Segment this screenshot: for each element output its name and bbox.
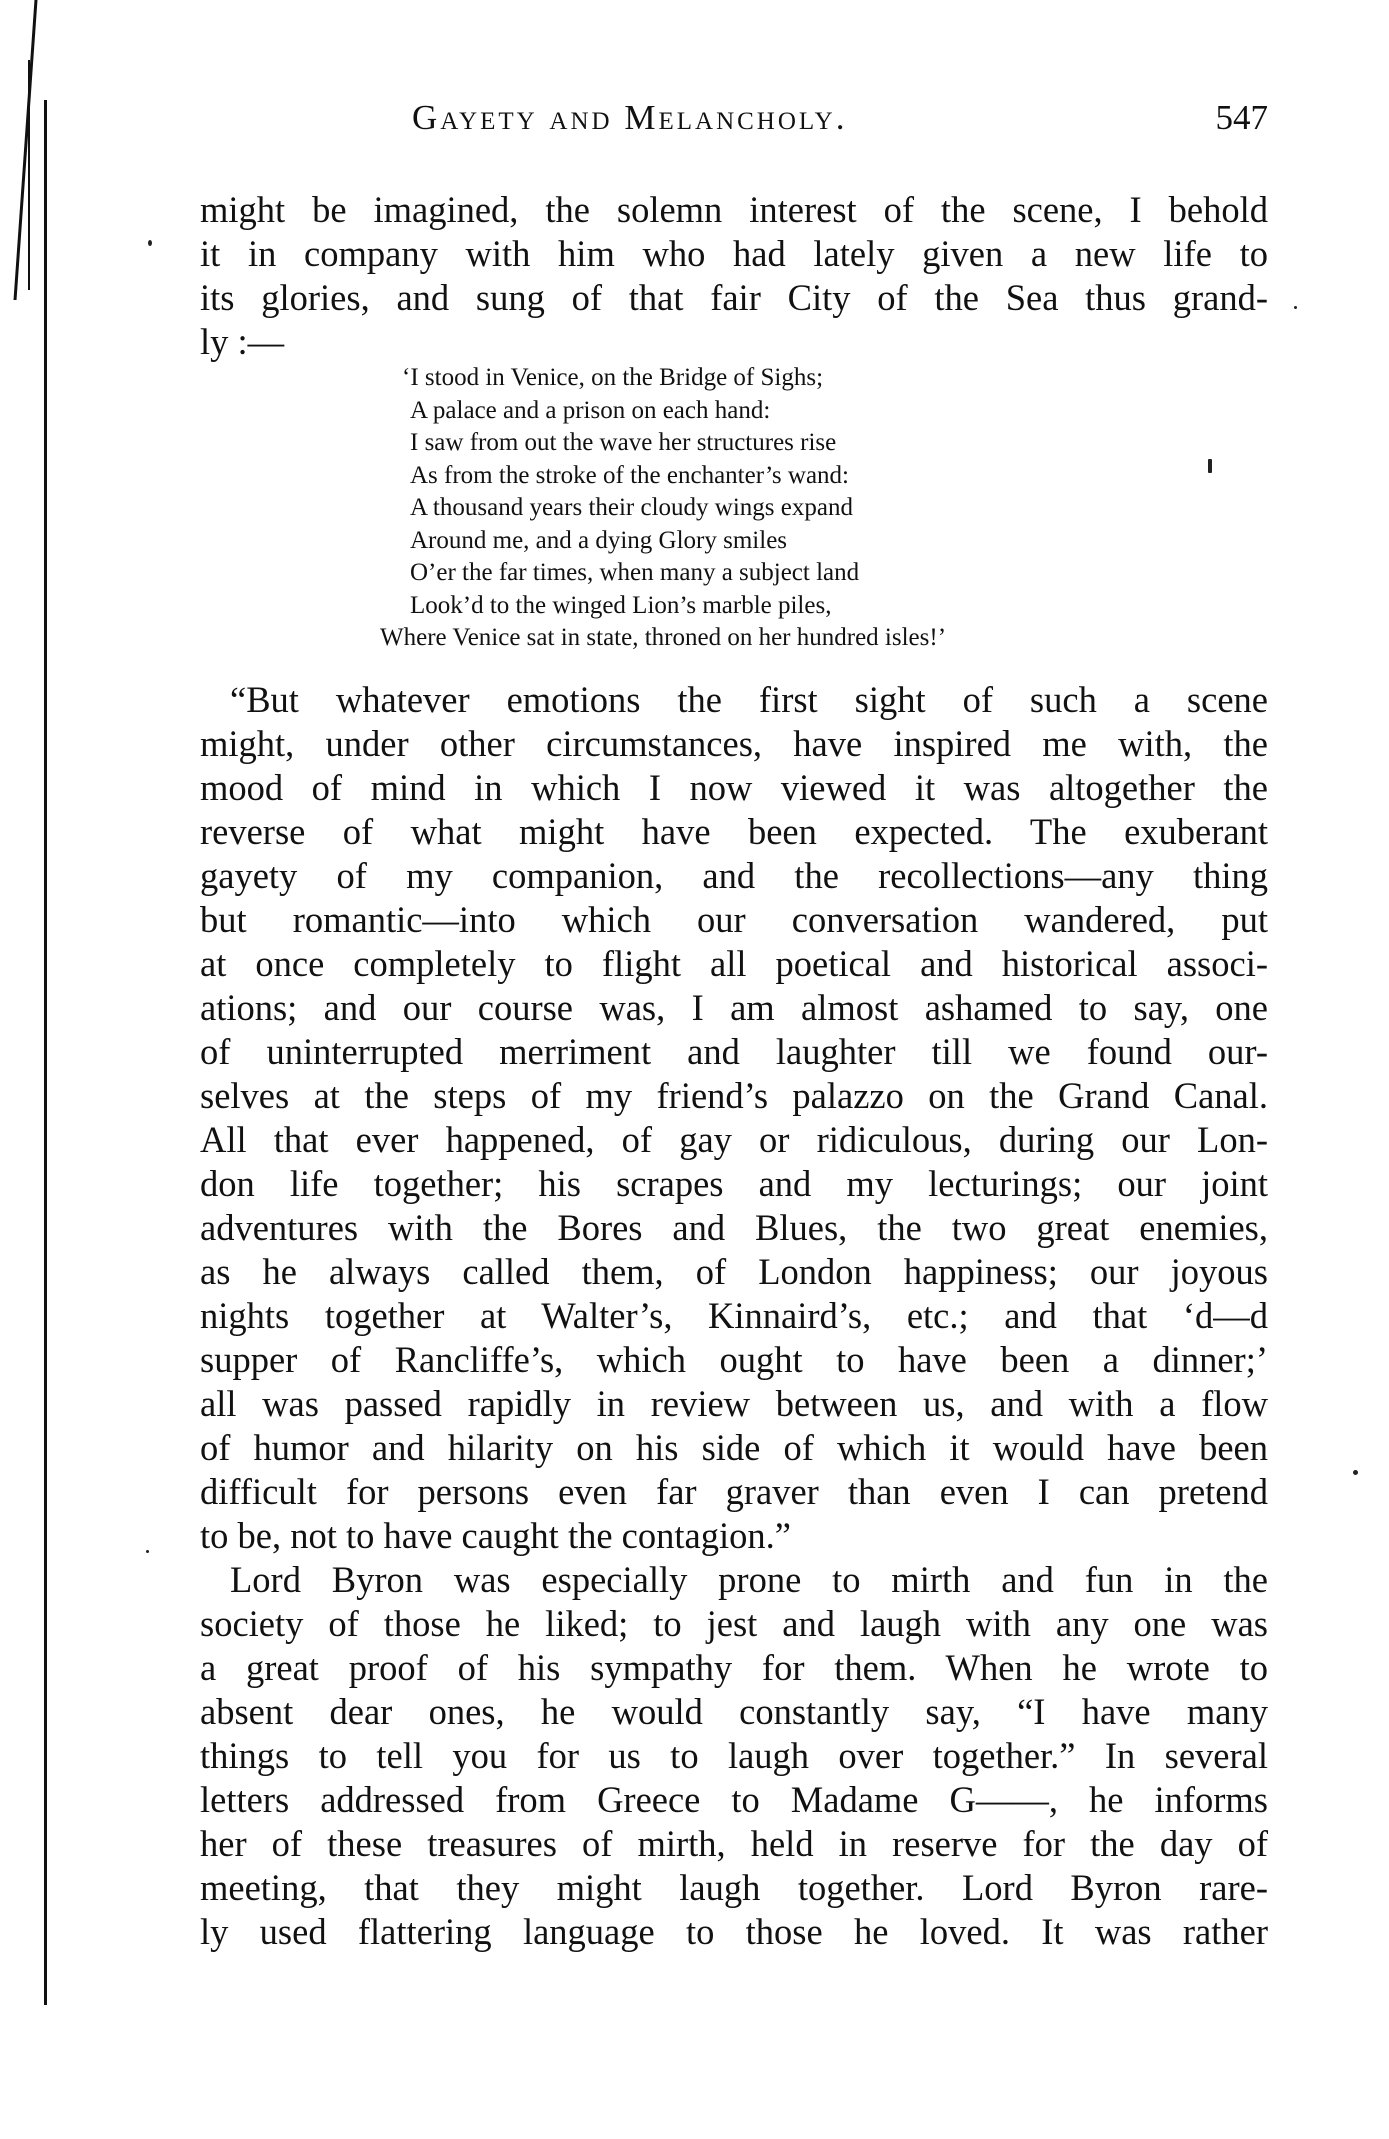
text-line: her of these treasures of mirth, held in… bbox=[200, 1822, 1268, 1866]
text-line: things to tell you for us to laugh over … bbox=[200, 1734, 1268, 1778]
verse-line: ‘I stood in Venice, on the Bridge of Sig… bbox=[380, 362, 946, 395]
text-line: letters addressed from Greece to Madame … bbox=[200, 1778, 1268, 1822]
text-line: ly used flattering language to those he … bbox=[200, 1910, 1268, 1954]
paragraph-1: might be imagined, the solemn interest o… bbox=[200, 188, 1268, 364]
verse-line: A palace and a prison on each hand: bbox=[380, 395, 946, 428]
scan-speck bbox=[148, 240, 152, 246]
text-line: it in company with him who had lately gi… bbox=[200, 232, 1268, 276]
verse-line: As from the stroke of the enchanter’s wa… bbox=[380, 460, 946, 493]
page-header: Gayety and Melancholy. 547 bbox=[412, 98, 1268, 148]
binding-edge-line bbox=[14, 0, 38, 300]
scan-speck bbox=[146, 1550, 149, 1553]
text-line: absent dear ones, he would constantly sa… bbox=[200, 1690, 1268, 1734]
scan-speck bbox=[1294, 306, 1297, 309]
paragraph-2: “But whatever emotions the first sight o… bbox=[200, 678, 1268, 1558]
text-line: society of those he liked; to jest and l… bbox=[200, 1602, 1268, 1646]
verse-line: I saw from out the wave her structures r… bbox=[380, 427, 946, 460]
text-line: to be, not to have caught the contagion.… bbox=[200, 1514, 1268, 1558]
text-line: at once completely to flight all poetica… bbox=[200, 942, 1268, 986]
text-line: but romantic—into which our conversation… bbox=[200, 898, 1268, 942]
text-line: “But whatever emotions the first sight o… bbox=[200, 678, 1268, 722]
scan-speck bbox=[1208, 459, 1212, 473]
binding-edge-line bbox=[44, 100, 47, 2005]
text-line: mood of mind in which I now viewed it wa… bbox=[200, 766, 1268, 810]
text-line: reverse of what might have been expected… bbox=[200, 810, 1268, 854]
text-line: a great proof of his sympathy for them. … bbox=[200, 1646, 1268, 1690]
text-line: meeting, that they might laugh together.… bbox=[200, 1866, 1268, 1910]
text-line: gayety of my companion, and the recollec… bbox=[200, 854, 1268, 898]
paragraph-3: Lord Byron was especially prone to mirth… bbox=[200, 1558, 1268, 1954]
text-line: Lord Byron was especially prone to mirth… bbox=[200, 1558, 1268, 1602]
scan-speck bbox=[1353, 1470, 1358, 1475]
text-line: ations; and our course was, I am almost … bbox=[200, 986, 1268, 1030]
text-line: difficult for persons even far graver th… bbox=[200, 1470, 1268, 1514]
binding-edge-line bbox=[28, 60, 30, 290]
running-title: Gayety and Melancholy. bbox=[412, 98, 847, 138]
verse-line: Around me, and a dying Glory smiles bbox=[380, 525, 946, 558]
verse-line: Where Venice sat in state, throned on he… bbox=[380, 622, 946, 655]
verse-line: O’er the far times, when many a subject … bbox=[380, 557, 946, 590]
text-line: adventures with the Bores and Blues, the… bbox=[200, 1206, 1268, 1250]
verse-line: Look’d to the winged Lion’s marble piles… bbox=[380, 590, 946, 623]
text-line: don life together; his scrapes and my le… bbox=[200, 1162, 1268, 1206]
text-line: nights together at Walter’s, Kinnaird’s,… bbox=[200, 1294, 1268, 1338]
text-line: supper of Rancliffe’s, which ought to ha… bbox=[200, 1338, 1268, 1382]
text-line: as he always called them, of London happ… bbox=[200, 1250, 1268, 1294]
text-line: might be imagined, the solemn interest o… bbox=[200, 188, 1268, 232]
text-line: ly :— bbox=[200, 320, 1268, 364]
text-line: of uninterrupted merriment and laughter … bbox=[200, 1030, 1268, 1074]
text-line: its glories, and sung of that fair City … bbox=[200, 276, 1268, 320]
text-line: all was passed rapidly in review between… bbox=[200, 1382, 1268, 1426]
text-line: All that ever happened, of gay or ridicu… bbox=[200, 1118, 1268, 1162]
text-line: might, under other circumstances, have i… bbox=[200, 722, 1268, 766]
text-line: selves at the steps of my friend’s palaz… bbox=[200, 1074, 1268, 1118]
page-number: 547 bbox=[1216, 98, 1269, 138]
text-line: of humor and hilarity on his side of whi… bbox=[200, 1426, 1268, 1470]
verse-line: A thousand years their cloudy wings expa… bbox=[380, 492, 946, 525]
verse-quotation: ‘I stood in Venice, on the Bridge of Sig… bbox=[380, 362, 946, 655]
